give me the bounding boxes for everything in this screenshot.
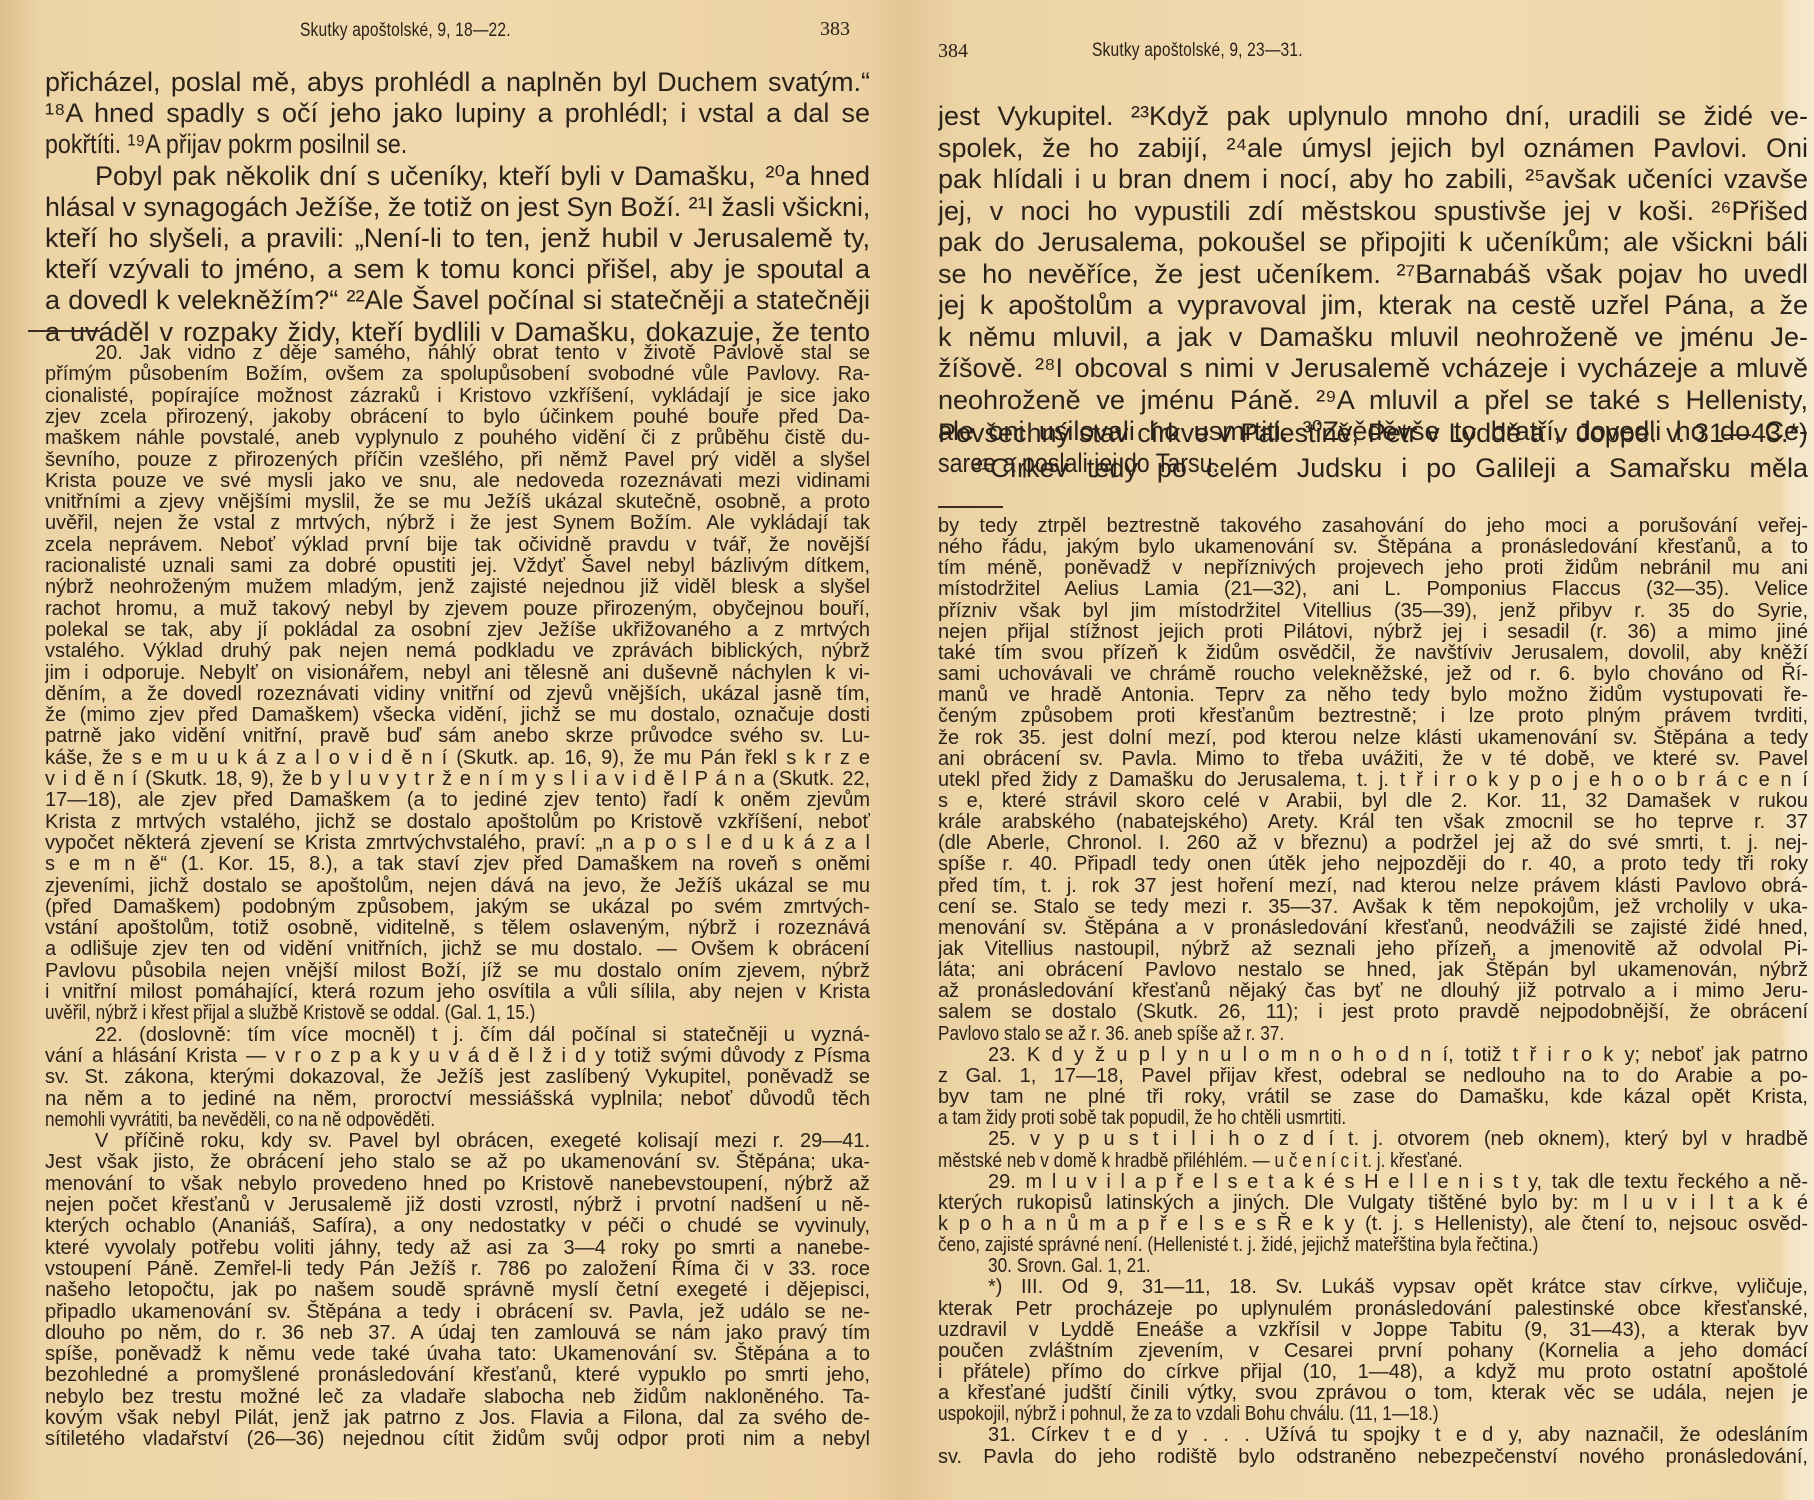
page-number: 384 — [938, 40, 968, 63]
text-line: k němu mluvil, a jak v Damašku mluvil ne… — [938, 321, 1808, 353]
running-head: Skutky apoštolské, 9, 23—31. — [1092, 40, 1303, 62]
text-line: přicházel, poslal mě, abys prohlédl a na… — [45, 66, 870, 98]
text-line: neohroženě ve jménu Páně. ²⁹A mluvil a p… — [938, 384, 1808, 416]
footnote-line: sítiletého vladařství (26—36) nejednou c… — [45, 1427, 870, 1451]
verse-31: ³¹Církev tedy po celém Judsku i po Galil… — [972, 452, 1808, 484]
text-line: ¹⁸A hned spadly s očí jeho jako lupiny a… — [45, 97, 870, 129]
text-line: kteří ho slyšeli, a pravili: „Není-li to… — [45, 222, 870, 254]
text-line: Pobyl pak několik dní s učeníky, kteří b… — [95, 160, 870, 192]
text-line: jej, v noci ho vypustili zdí městskou sp… — [938, 195, 1808, 227]
text-line: pokřtíti. ¹⁹A přijav pokrm posilnil se. — [45, 128, 755, 160]
footnote-line: sv. Pavla do jeho rodiště bylo odstraněn… — [938, 1445, 1808, 1469]
text-line: jest Vykupitel. ²³Když pak uplynulo mnoh… — [938, 100, 1808, 132]
text-line: a dovedl k velekněžím?“ ²²Ale Šavel počí… — [45, 284, 870, 316]
text-line: jej k apoštolům a vypravoval jim, kterak… — [938, 289, 1808, 321]
text-line: pak hlídali i u bran dnem i nocí, aby ho… — [938, 163, 1808, 195]
section-heading: Povšechný stav církve v Palestině, Petr … — [938, 417, 1808, 449]
text-line: kteří vzývali to jméno, a sem k tomu kon… — [45, 253, 870, 285]
text-line: žíšově. ²⁸I obcoval s nimi v Jerusalemě … — [938, 352, 1808, 384]
text-line: hlásal v synagogách Ježíše, že totiž on … — [45, 191, 870, 223]
page-number: 383 — [820, 18, 850, 41]
running-head: Skutky apoštolské, 9, 18—22. — [300, 20, 511, 42]
text-line: spolek, že ho zabijí, ²⁴ale úmysl jejich… — [938, 132, 1808, 164]
footnote-divider — [28, 330, 100, 332]
text-line: pak do Jerusalema, pokoušel se připojiti… — [938, 226, 1808, 258]
book-spread: Skutky apoštolské, 9, 18—22. 383 přicház… — [0, 0, 1814, 1500]
text-line: se ho nevěříce, že jest učeníkem. ²⁷Barn… — [938, 258, 1808, 290]
footnote-divider — [938, 506, 1003, 508]
